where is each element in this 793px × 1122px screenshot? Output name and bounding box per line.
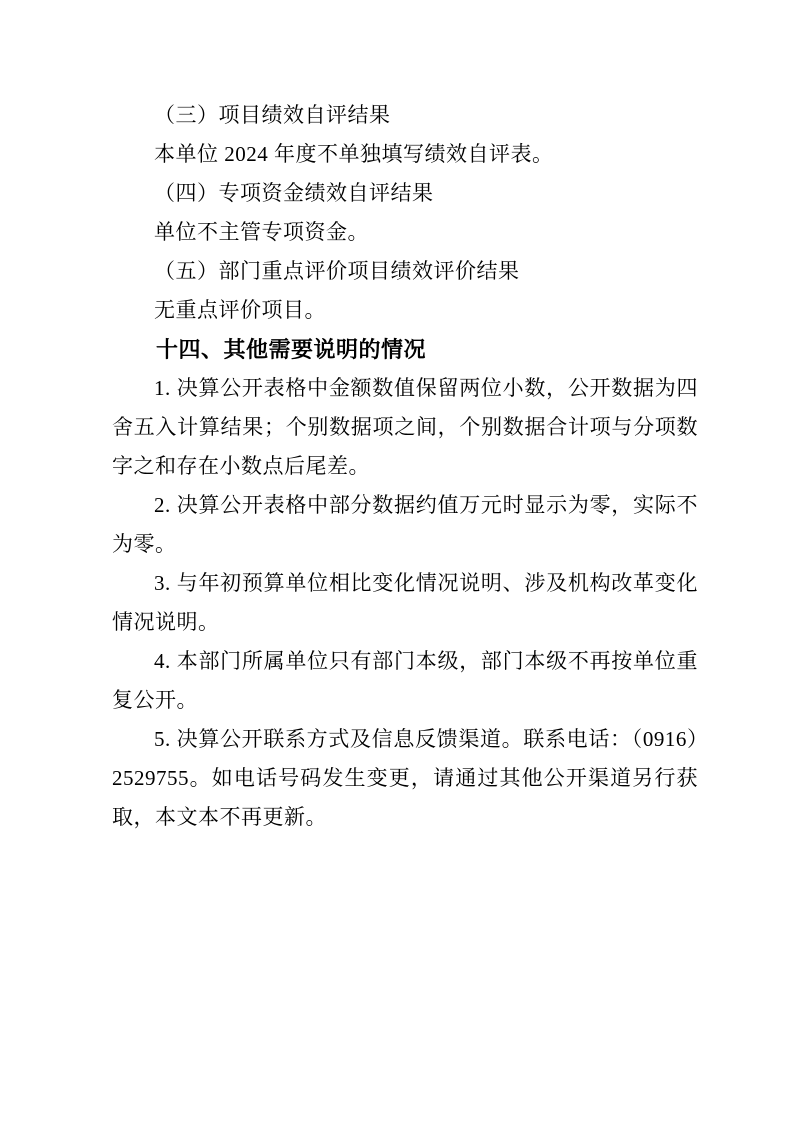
- document-page: （三）项目绩效自评结果本单位 2024 年度不单独填写绩效自评表。（四）专项资金…: [0, 0, 793, 1122]
- paragraph: 单位不主管专项资金。: [112, 213, 698, 252]
- paragraph: 3. 与年初预算单位相比变化情况说明、涉及机构改革变化情况说明。: [112, 564, 698, 642]
- paragraph: （五）部门重点评价项目绩效评价结果: [112, 252, 698, 291]
- paragraph: 4. 本部门所属单位只有部门本级，部门本级不再按单位重复公开。: [112, 642, 698, 720]
- paragraph: 1. 决算公开表格中金额数值保留两位小数，公开数据为四舍五入计算结果；个别数据项…: [112, 369, 698, 486]
- paragraph: （四）专项资金绩效自评结果: [112, 174, 698, 213]
- section-heading: 十四、其他需要说明的情况: [112, 330, 698, 369]
- paragraph: 无重点评价项目。: [112, 291, 698, 330]
- document-text-block: （三）项目绩效自评结果本单位 2024 年度不单独填写绩效自评表。（四）专项资金…: [112, 96, 698, 837]
- paragraph: 5. 决算公开联系方式及信息反馈渠道。联系电话：（0916）2529755。如电…: [112, 720, 698, 837]
- paragraph: 本单位 2024 年度不单独填写绩效自评表。: [112, 135, 698, 174]
- paragraph: 2. 决算公开表格中部分数据约值万元时显示为零，实际不为零。: [112, 486, 698, 564]
- paragraph: （三）项目绩效自评结果: [112, 96, 698, 135]
